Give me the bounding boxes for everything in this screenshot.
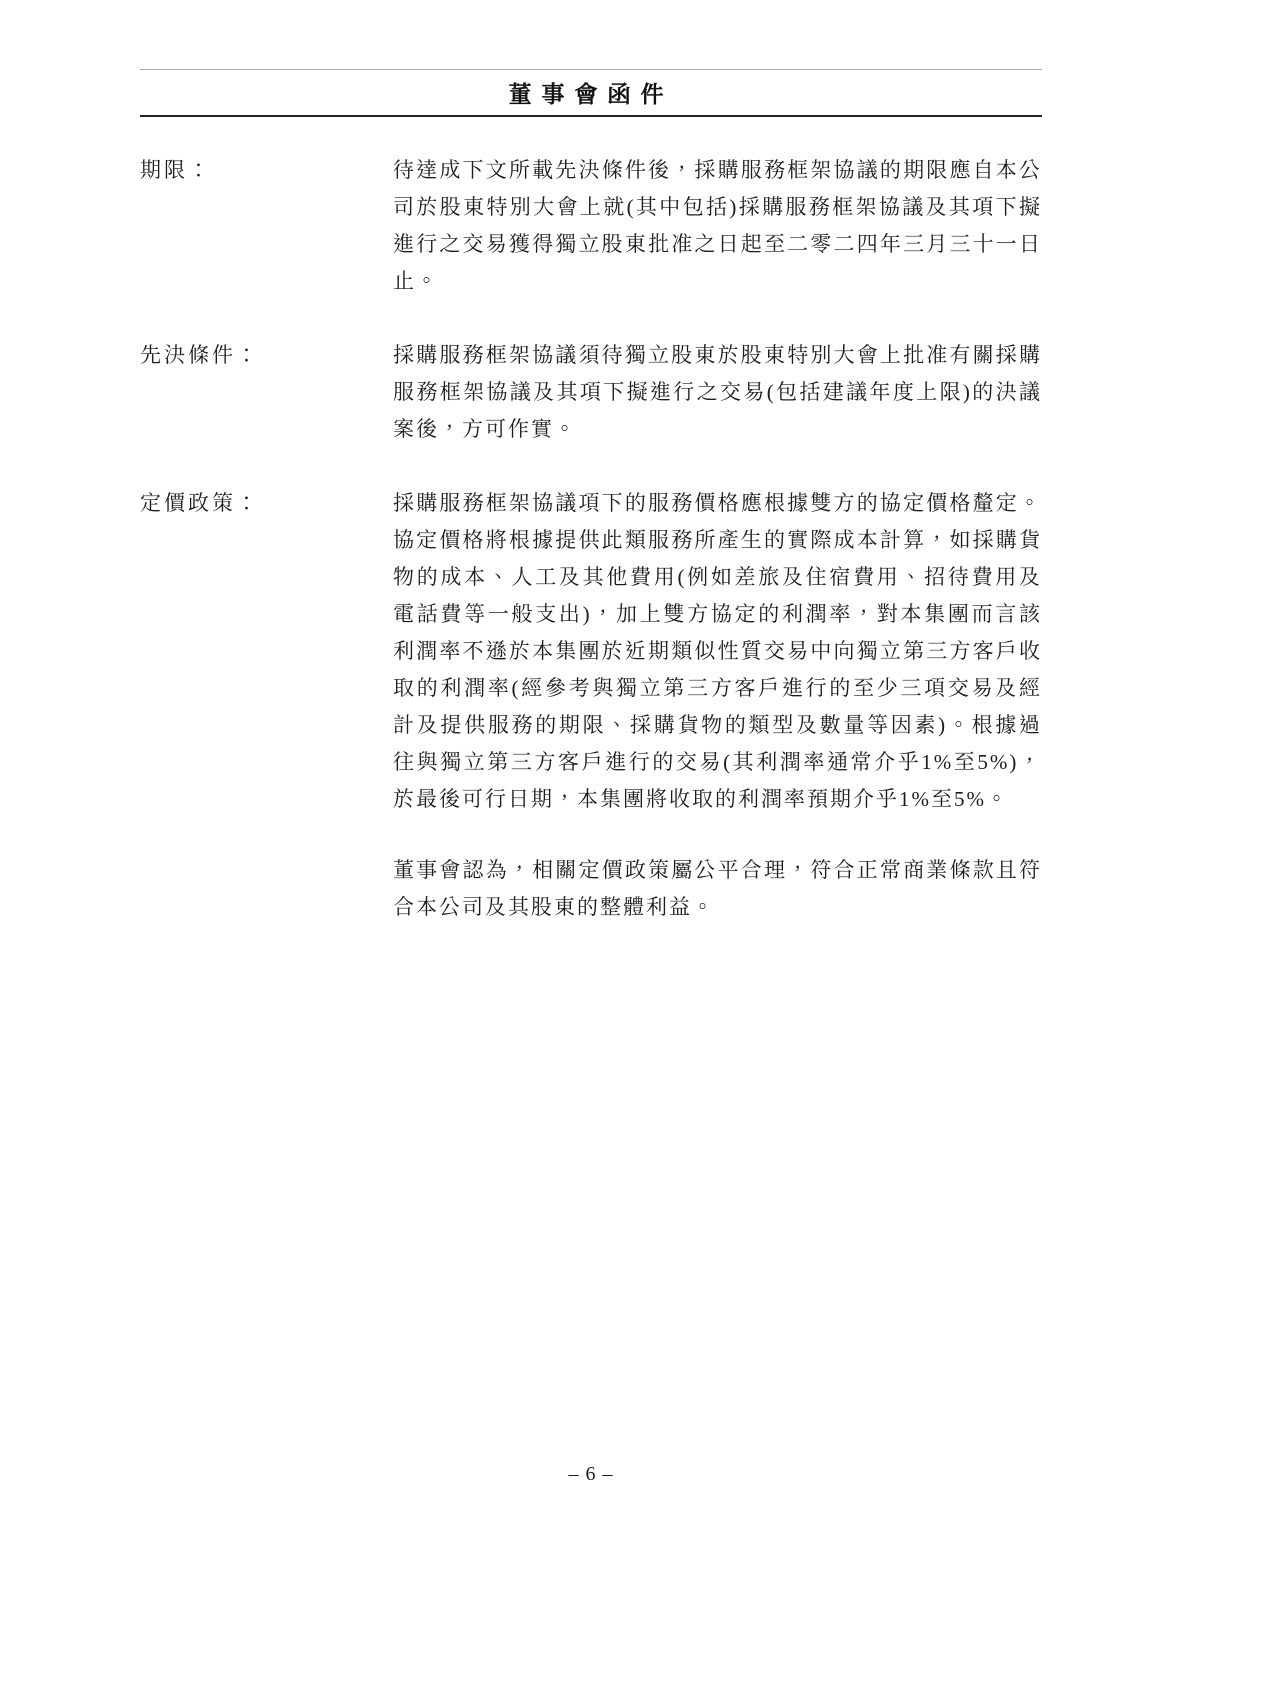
- section-label-term: 期限：: [140, 152, 393, 189]
- section-pricing-policy: 定價政策： 採購服務框架協議項下的服務價格應根據雙方的協定價格釐定。協定價格將根…: [140, 485, 1042, 926]
- section-paragraph: 待達成下文所載先決條件後，採購服務框架協議的期限應自本公司於股東特別大會上就(其…: [393, 152, 1042, 300]
- section-term: 期限： 待達成下文所載先決條件後，採購服務框架協議的期限應自本公司於股東特別大會…: [140, 152, 1042, 300]
- header-bottom-rule: [140, 115, 1042, 117]
- section-conditions-precedent: 先決條件： 採購服務框架協議須待獨立股東於股東特別大會上批准有關採購服務框架協議…: [140, 337, 1042, 448]
- section-paragraph: 採購服務框架協議項下的服務價格應根據雙方的協定價格釐定。協定價格將根據提供此類服…: [393, 485, 1042, 818]
- section-body-term: 待達成下文所載先決條件後，採購服務框架協議的期限應自本公司於股東特別大會上就(其…: [393, 152, 1042, 300]
- section-paragraph: 採購服務框架協議須待獨立股東於股東特別大會上批准有關採購服務框架協議及其項下擬進…: [393, 337, 1042, 448]
- section-paragraph: 董事會認為，相關定價政策屬公平合理，符合正常商業條款且符合本公司及其股東的整體利…: [393, 852, 1042, 926]
- section-body-pricing-policy: 採購服務框架協議項下的服務價格應根據雙方的協定價格釐定。協定價格將根據提供此類服…: [393, 485, 1042, 926]
- page-number: – 6 –: [140, 1463, 1042, 1486]
- page-title: 董事會函件: [140, 76, 1042, 109]
- section-label-pricing-policy: 定價政策：: [140, 485, 393, 522]
- header-top-rule: [140, 69, 1042, 70]
- document-content: 期限： 待達成下文所載先決條件後，採購服務框架協議的期限應自本公司於股東特別大會…: [140, 152, 1042, 926]
- document-page: 董事會函件 期限： 待達成下文所載先決條件後，採購服務框架協議的期限應自本公司於…: [0, 0, 1280, 1706]
- section-label-conditions-precedent: 先決條件：: [140, 337, 393, 374]
- section-body-conditions-precedent: 採購服務框架協議須待獨立股東於股東特別大會上批准有關採購服務框架協議及其項下擬進…: [393, 337, 1042, 448]
